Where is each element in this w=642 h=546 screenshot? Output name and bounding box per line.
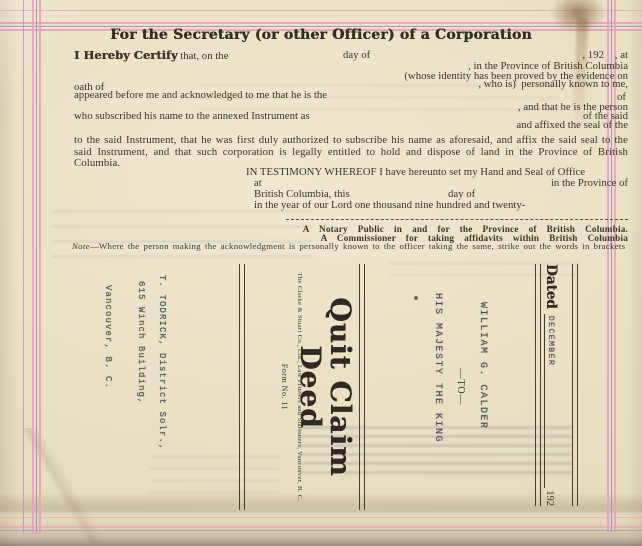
to-separator: —TO— xyxy=(455,262,466,512)
day-of-label-2: day of xyxy=(448,189,475,200)
year-of-our-lord-line: in the year of our Lord one thousand nin… xyxy=(254,200,525,211)
footnote: Note—Where the person making the acknowl… xyxy=(72,242,628,252)
dated-row: Dated DECEMBER 192 xyxy=(544,264,570,506)
solicitor-name: T. TODRICK, District Solr., xyxy=(157,275,167,451)
deed-title-block: Quit Claim Deed The Clarke & Stuart Co.,… xyxy=(239,264,365,510)
footnote-text: —Where the person making the acknowledgm… xyxy=(90,241,626,251)
appeared-line: appeared before me and acknowledged to m… xyxy=(74,90,327,101)
typed-month: DECEMBER xyxy=(546,316,556,366)
testimony-line: IN TESTIMONY WHEREOF I have hereunto set… xyxy=(246,167,585,178)
double-rule xyxy=(239,264,245,510)
day-of-label: day of xyxy=(343,50,370,61)
deed-title: Quit Claim Deed xyxy=(295,264,355,510)
seal-fragment: and affixed the seal of the xyxy=(516,120,628,131)
double-rule xyxy=(535,264,541,506)
bc-this-line: British Columbia, this xyxy=(254,189,350,200)
printer-credit: The Clarke & Stuart Co., Ltd., Law Print… xyxy=(296,264,303,510)
section-heading: For the Secretary (or other Officer) of … xyxy=(0,30,642,41)
grantee-name: HIS MAJESTY THE KING xyxy=(432,293,443,443)
signature-line xyxy=(286,219,628,220)
grantor-name: WILLIAM G. CALDER xyxy=(477,302,488,430)
solicitor-building: 615 Winch Building, xyxy=(136,281,146,405)
corporation-paragraph: to the said Instrument, that he was firs… xyxy=(74,135,628,170)
document-page: For the Secretary (or other Officer) of … xyxy=(0,0,642,546)
known-to-me-fragment: , who is) personally known to me, xyxy=(478,79,628,90)
double-rule xyxy=(572,264,578,506)
year-192: 192 xyxy=(544,490,555,506)
date-fill-line: DECEMBER xyxy=(544,314,556,489)
certify-line: I Hereby Certify that, on the xyxy=(74,50,229,62)
form-number: Form No. 11 xyxy=(280,264,289,510)
in-province-fragment: in the Province of xyxy=(551,178,628,189)
subscribed-line: who subscribed his name to the annexed I… xyxy=(74,111,310,122)
double-rule xyxy=(359,264,365,510)
certify-rest: that, on the xyxy=(178,50,229,62)
dated-label: Dated xyxy=(544,264,558,309)
solicitor-city: Vancouver, B. C. xyxy=(103,285,113,389)
dated-block: Dated DECEMBER 192 xyxy=(535,264,578,506)
endorsement-panel: Dated DECEMBER 192 WILLIAM G. CALDER —TO… xyxy=(60,262,580,512)
footnote-label: Note xyxy=(72,241,90,251)
certify-lead: I Hereby Certify xyxy=(74,48,178,62)
